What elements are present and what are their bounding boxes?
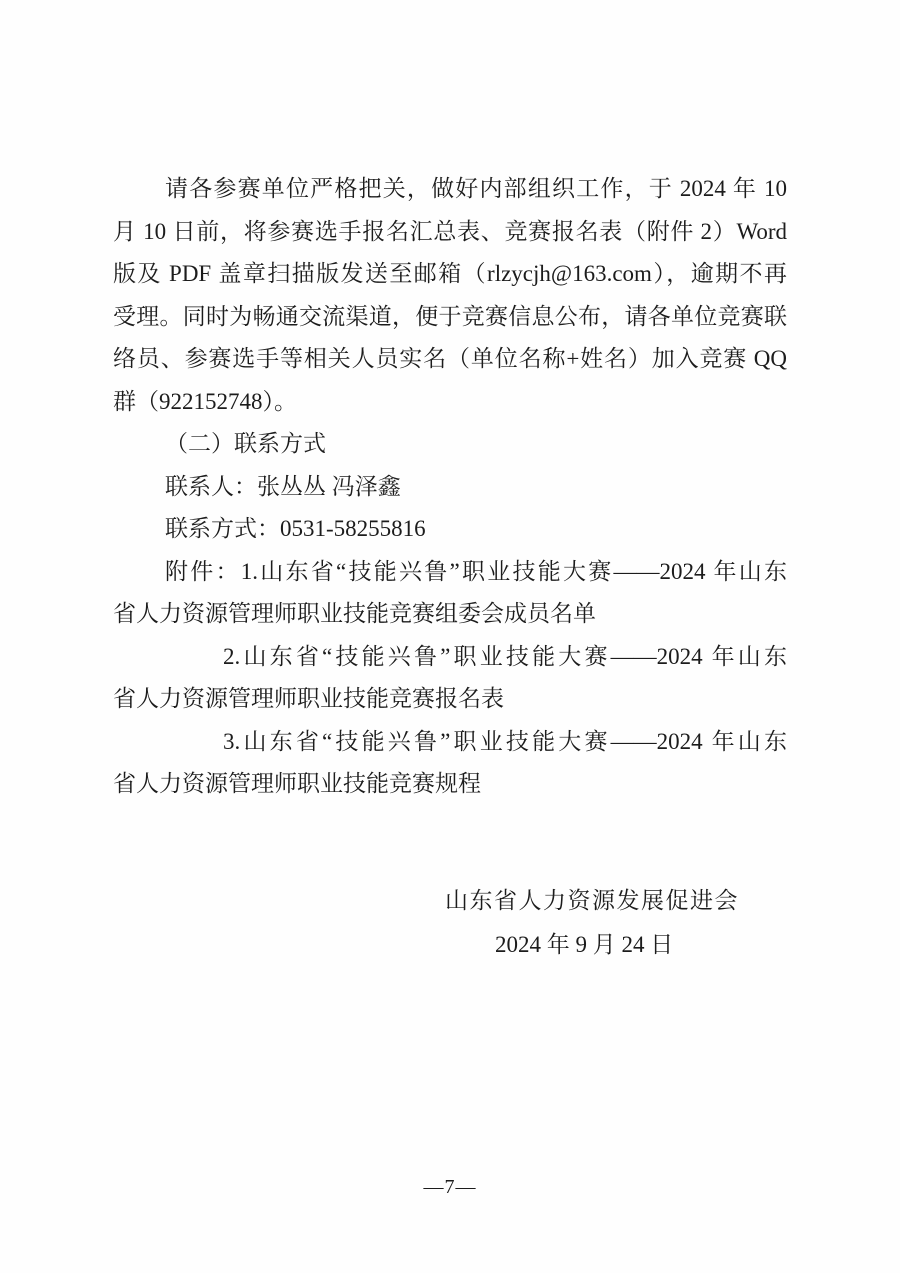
document-page: 请各参赛单位严格把关，做好内部组织工作，于 2024 年 10 月 10 日前，… <box>0 0 900 1273</box>
contact-phone-line: 联系方式：0531-58255816 <box>113 508 787 551</box>
body-line: 受理。同时为畅通交流渠道，便于竞赛信息公布，请各单位竞赛联 <box>113 296 787 339</box>
attachment-line: 省人力资源管理师职业技能竞赛组委会成员名单 <box>113 593 787 636</box>
section-heading: （二）联系方式 <box>113 423 787 466</box>
attachment-line: 2.山东省“技能兴鲁”职业技能大赛——2024 年山东 <box>113 636 787 679</box>
document-body: 请各参赛单位严格把关，做好内部组织工作，于 2024 年 10 月 10 日前，… <box>113 168 787 806</box>
body-line: 群（922152748）。 <box>113 381 787 424</box>
attachment-line: 省人力资源管理师职业技能竞赛规程 <box>113 763 787 806</box>
body-line: 请各参赛单位严格把关，做好内部组织工作，于 2024 年 10 <box>113 168 787 211</box>
contact-person-line: 联系人：张丛丛 冯泽鑫 <box>113 466 787 509</box>
attachment-line: 附件：1.山东省“技能兴鲁”职业技能大赛——2024 年山东 <box>113 551 787 594</box>
attachment-line: 省人力资源管理师职业技能竞赛报名表 <box>113 678 787 721</box>
signature-organization: 山东省人力资源发展促进会 <box>445 886 739 916</box>
body-line: 版及 PDF 盖章扫描版发送至邮箱（rlzycjh@163.com），逾期不再 <box>113 253 787 296</box>
body-line: 月 10 日前，将参赛选手报名汇总表、竞赛报名表（附件 2）Word <box>113 211 787 254</box>
page-number: —7— <box>0 1176 900 1199</box>
attachment-line: 3.山东省“技能兴鲁”职业技能大赛——2024 年山东 <box>113 721 787 764</box>
body-line: 络员、参赛选手等相关人员实名（单位名称+姓名）加入竞赛 QQ <box>113 338 787 381</box>
signature-date: 2024 年 9 月 24 日 <box>495 930 673 960</box>
